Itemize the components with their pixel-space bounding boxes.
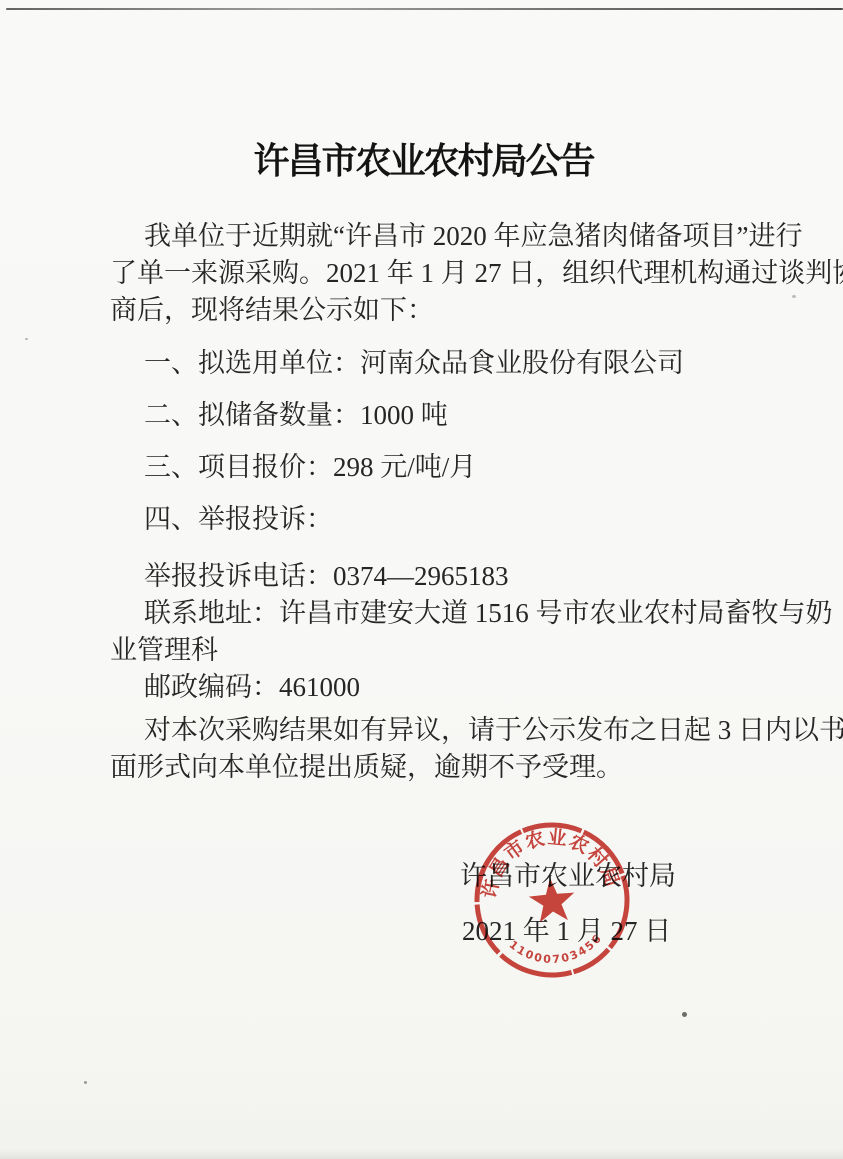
complaint-phone-line: 举报投诉电话：0374—2965183 (110, 558, 737, 595)
scan-speck (792, 295, 796, 298)
document-content: 许昌市农业农村局公告 我单位于近期就“许昌市 2020 年应急猪肉储备项目”进行… (110, 0, 737, 950)
scanned-document-page: 许昌市农业农村局公告 我单位于近期就“许昌市 2020 年应急猪肉储备项目”进行… (0, 0, 843, 1159)
official-seal-graphic: 许昌市农业农村局 4110007034560 (463, 811, 641, 989)
page-title: 许昌市农业农村局公告 (110, 138, 737, 186)
list-item-selected-unit: 一、拟选用单位：河南众品食业股份有限公司 (110, 345, 737, 382)
result-items-list: 一、拟选用单位：河南众品食业股份有限公司 二、拟储备数量：1000 吨 三、项目… (110, 345, 737, 538)
scan-speck (25, 338, 28, 340)
contact-address-wrap-line: 业管理科 (110, 632, 737, 669)
signature-block: 许昌市农业农村局 2021 年 1 月 27 日 (110, 858, 737, 950)
closing-paragraph: 对本次采购结果如有异议，请于公示发布之日起 3 日内以书 面形式向本单位提出质疑… (110, 712, 737, 786)
intro-paragraph: 我单位于近期就“许昌市 2020 年应急猪肉储备项目”进行 了单一来源采购。20… (110, 218, 737, 329)
seal-star-icon (527, 876, 576, 923)
list-item-project-price: 三、项目报价：298 元/吨/月 (110, 449, 737, 486)
scan-speck (84, 1081, 87, 1084)
contact-details: 举报投诉电话：0374—2965183 联系地址：许昌市建安大道 1516 号市… (110, 558, 737, 706)
list-item-complaints: 四、举报投诉： (110, 501, 737, 538)
official-seal: 许昌市农业农村局 4110007034560 (463, 811, 641, 989)
text-line: 商后，现将结果公示如下： (110, 292, 737, 329)
contact-address-line: 联系地址：许昌市建安大道 1516 号市农业农村局畜牧与奶 (110, 595, 737, 632)
text-line: 对本次采购结果如有异议，请于公示发布之日起 3 日内以书 (110, 712, 737, 749)
text-line: 了单一来源采购。2021 年 1 月 27 日，组织代理机构通过谈判协 (110, 255, 737, 292)
text-line: 面形式向本单位提出质疑，逾期不予受理。 (110, 749, 737, 786)
scan-bottom-shadow (0, 1149, 843, 1159)
list-item-reserve-quantity: 二、拟储备数量：1000 吨 (110, 397, 737, 434)
text-line: 我单位于近期就“许昌市 2020 年应急猪肉储备项目”进行 (110, 218, 737, 255)
postal-code-line: 邮政编码：461000 (110, 669, 737, 706)
scan-speck (682, 1012, 687, 1017)
